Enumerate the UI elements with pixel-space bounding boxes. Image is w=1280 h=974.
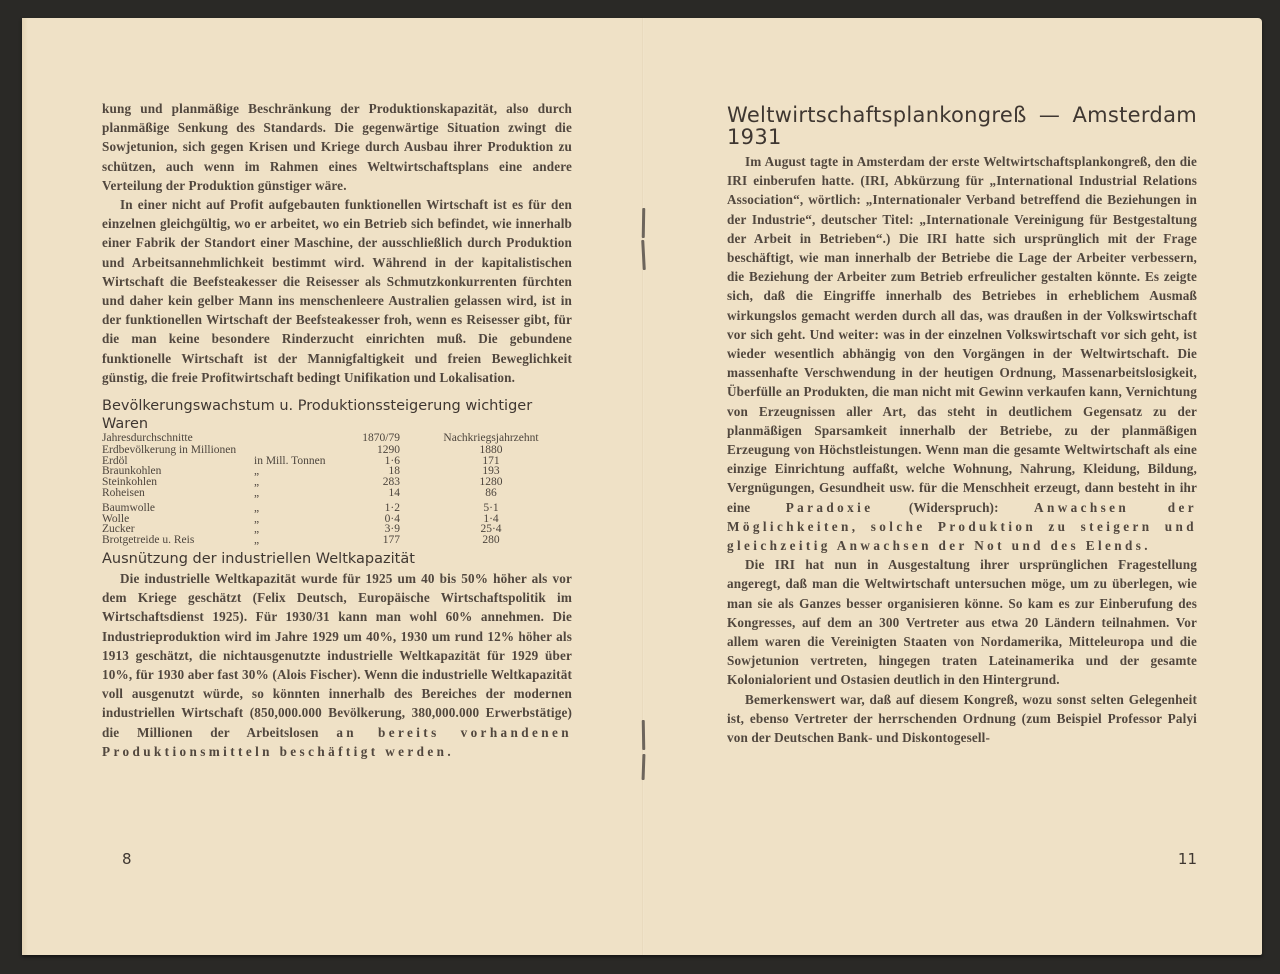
paragraph-functional-economy: In einer nicht auf Profit aufgebauten fu… (102, 195, 572, 387)
book-spread: kung und planmäßige Beschränkung der Pro… (22, 18, 1262, 955)
intro-paragraph: kung und planmäßige Beschränkung der Pro… (102, 99, 572, 195)
paragraph-congress: Im August tagte in Amsterdam der erste W… (727, 152, 1197, 555)
paragraph-iri: Die IRI hat nun in Ausgestaltung ihrer u… (727, 555, 1197, 689)
emphasis-paradoxie: Paradoxie (786, 500, 874, 515)
table-row: Steinkohlen „ 283 1280 (102, 477, 572, 488)
table-row: Erdbevölkerung in Millionen 1290 1880 (102, 445, 572, 456)
table-row: Brotgetreide u. Reis „ 177 280 (102, 535, 572, 546)
chapter-title: Weltwirtschaftsplankongreß — Amsterdam 1… (727, 104, 1197, 148)
section-paragraph: Die industrielle Weltkapazität wurde für… (102, 569, 572, 761)
table-title: Bevölkerungswachstum u. Produktionssteig… (102, 397, 572, 433)
page-number-left: 8 (122, 850, 132, 868)
page-number-right: 11 (1178, 850, 1197, 868)
right-page: Weltwirtschaftsplankongreß — Amsterdam 1… (727, 18, 1197, 955)
left-page: kung und planmäßige Beschränkung der Pro… (102, 18, 572, 955)
staple-bottom-lower (642, 754, 646, 780)
staple-top-lower (641, 240, 646, 270)
staple-top (642, 208, 646, 238)
section-heading: Ausnützung der industriellen Weltkapazit… (102, 549, 572, 569)
table-row: Erdöl in Mill. Tonnen 1·6 171 (102, 456, 572, 467)
staple-bottom (642, 720, 646, 750)
table-row: Roheisen „ 14 86 (102, 488, 572, 503)
paragraph-remarkable: Bemerkenswert war, daß auf diesem Kongre… (727, 690, 1197, 748)
production-table: Jahresdurchschnitte 1870/79 Nachkriegsja… (102, 433, 572, 546)
book-gutter (642, 18, 644, 955)
table-row: Baumwolle „ 1·2 5·1 (102, 503, 572, 514)
